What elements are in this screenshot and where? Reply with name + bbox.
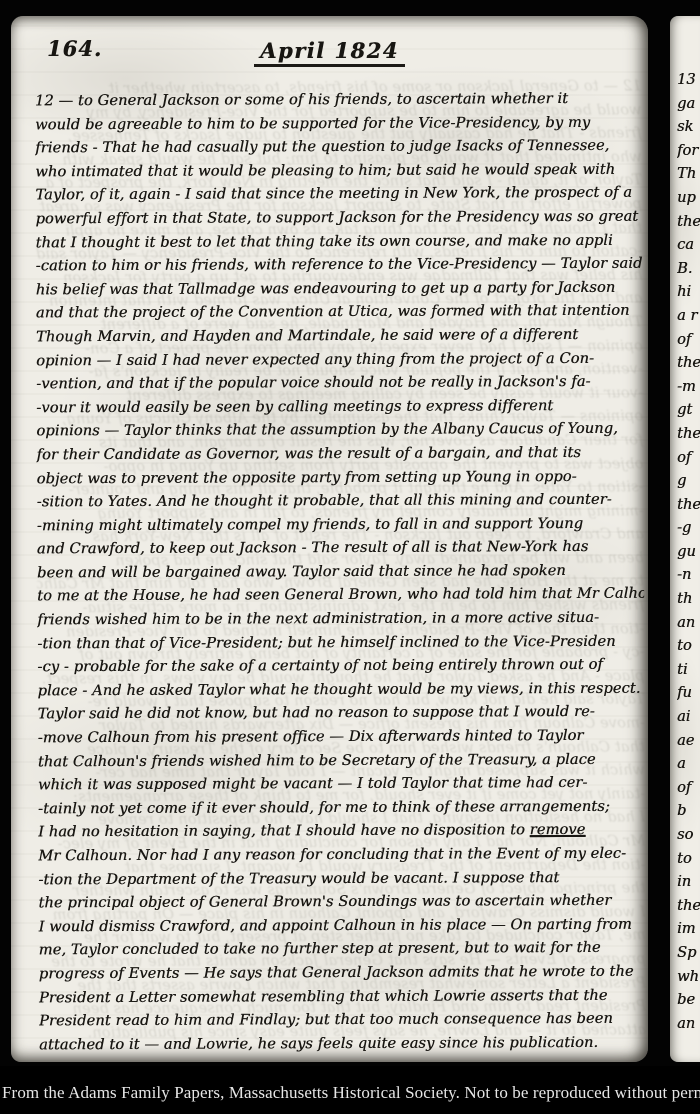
manuscript-line: -move Calhoun from his present office — … <box>38 724 645 750</box>
next-page-fragment: so <box>677 823 700 847</box>
next-page-fragment: of <box>677 446 700 470</box>
manuscript-line: Mr Calhoun. Nor had I any reason for con… <box>38 842 645 868</box>
manuscript-line: for their Candidate as Governor, was the… <box>36 441 643 467</box>
next-page-fragment: B. <box>677 257 700 281</box>
next-page-fragment: Sp <box>677 941 700 965</box>
manuscript-line: would be agreeable to him to be supporte… <box>35 110 642 136</box>
manuscript-line: opinions — Taylor thinks that the assump… <box>36 417 643 443</box>
next-page-fragment: fu <box>677 681 700 705</box>
next-page-fragment: up <box>677 186 700 210</box>
manuscript-line: me, Taylor concluded to take no further … <box>39 936 646 962</box>
next-page-fragment: -m <box>677 375 700 399</box>
next-page-fragment: -g <box>677 516 700 540</box>
next-page-fragment: hi <box>677 280 700 304</box>
credit-footer: From the Adams Family Papers, Massachuse… <box>0 1066 700 1114</box>
next-page-fragment: of <box>677 776 700 800</box>
next-page-fragment: th <box>677 587 700 611</box>
manuscript-line: President read to him and Findlay; but t… <box>39 1007 646 1033</box>
manuscript-line: and Crawford, to keep out Jackson - The … <box>37 535 644 561</box>
manuscript-line: his belief was that Tallmadge was endeav… <box>36 275 643 301</box>
next-page-fragment: the <box>677 894 700 918</box>
manuscript-line: -sition to Yates. And he thought it prob… <box>37 488 644 514</box>
manuscript-line: 12 — to General Jackson or some of his f… <box>35 87 642 113</box>
next-page-fragment: im <box>677 917 700 941</box>
next-page-fragment: an <box>677 611 700 635</box>
next-page-fragment: in <box>677 870 700 894</box>
next-page-edge: 13gaskforThupthecaB.hia rofthe-mgttheofg… <box>670 16 700 1062</box>
manuscript-line: to me at the House, he had seen General … <box>37 582 644 608</box>
manuscript-line: that I thought it best to let that thing… <box>36 228 643 254</box>
manuscript-line: place - And he asked Taylor what he thou… <box>37 677 644 703</box>
next-page-fragment: the <box>677 210 700 234</box>
next-page-fragment: sk <box>677 115 700 139</box>
next-page-fragment: ai <box>677 705 700 729</box>
manuscript-page: 164. April 1824 12 — to General Jackson … <box>11 16 648 1062</box>
underlined-word: remove <box>530 821 586 838</box>
manuscript-line: I would dismiss Crawford, and appoint Ca… <box>38 912 645 938</box>
manuscript-line: and that the project of the Convention a… <box>36 299 643 325</box>
next-page-fragment: of <box>677 328 700 352</box>
next-page-fragment: to <box>677 634 700 658</box>
header-date: April 1824 <box>254 38 405 67</box>
manuscript-line: -mining might ultimately compel my frien… <box>37 511 644 537</box>
next-page-fragment: the <box>677 351 700 375</box>
manuscript-line: been and will be bargained away. Taylor … <box>37 559 644 585</box>
header-date-wrap: April 1824 <box>11 38 648 67</box>
next-page-fragment: ae <box>677 729 700 753</box>
manuscript-line: attached to it — and Lowrie, he says fee… <box>39 1030 646 1056</box>
next-page-fragment: ca <box>677 233 700 257</box>
manuscript-line: Though Marvin, and Hayden and Martindale… <box>36 323 643 349</box>
next-page-fragment: an <box>677 1012 700 1036</box>
next-page-fragment: ga <box>677 92 700 116</box>
manuscript-line: -tainly not yet come if it ever should, … <box>38 794 645 820</box>
manuscript-line: who intimated that it would be pleasing … <box>35 157 642 183</box>
manuscript-line: object was to prevent the opposite party… <box>37 464 644 490</box>
manuscript-line: -tion the Department of the Treasury wou… <box>38 865 645 891</box>
next-page-fragment: gu <box>677 540 700 564</box>
manuscript-line: -cation to him or his friends, with refe… <box>36 252 643 278</box>
manuscript-line: Taylor said he did not know, but had no … <box>38 700 645 726</box>
next-page-fragment: a <box>677 752 700 776</box>
manuscript-lines: 12 — to General Jackson or some of his f… <box>35 87 646 1057</box>
manuscript-line: President a Letter somewhat resembling t… <box>39 983 646 1009</box>
next-page-fragment: -n <box>677 563 700 587</box>
manuscript-line: friends - That he had casually put the q… <box>35 134 642 160</box>
next-page-fragment: to <box>677 847 700 871</box>
next-page-fragment: be <box>677 988 700 1012</box>
manuscript-line: I had no hesitation in saying, that I sh… <box>38 818 645 844</box>
manuscript-scan: 164. April 1824 12 — to General Jackson … <box>0 0 700 1114</box>
next-page-fragment: 13 <box>677 68 700 92</box>
manuscript-line: friends wished him to be in the next adm… <box>37 606 644 632</box>
next-page-fragment: gt <box>677 398 700 422</box>
manuscript-line: the principal object of General Brown's … <box>38 889 645 915</box>
next-page-fragment: Th <box>677 162 700 186</box>
manuscript-line: which it was supposed might be vacant — … <box>38 771 645 797</box>
manuscript-line: progress of Events — He says that Genera… <box>39 960 646 986</box>
manuscript-line: -cy - probable for the sake of a certain… <box>37 653 644 679</box>
next-page-fragment: the <box>677 422 700 446</box>
manuscript-line: -vour it would easily be seen by calling… <box>36 393 643 419</box>
next-page-fragment: wh <box>677 965 700 989</box>
next-page-fragment: b <box>677 799 700 823</box>
next-page-fragment: a r <box>677 304 700 328</box>
next-page-fragment: for <box>677 139 700 163</box>
manuscript-line: Taylor, of it, again - I said that since… <box>35 181 642 207</box>
manuscript-line: -tion than that of Vice-President; but h… <box>37 629 644 655</box>
credit-text: From the Adams Family Papers, Massachuse… <box>2 1083 700 1103</box>
next-page-fragment: ti <box>677 658 700 682</box>
manuscript-line: powerful effort in that State, to suppor… <box>35 205 642 231</box>
manuscript-line: -vention, and that if the popular voice … <box>36 370 643 396</box>
next-page-fragment: the <box>677 493 700 517</box>
next-page-fragment: g <box>677 469 700 493</box>
manuscript-line: that Calhoun's friends wished him to be … <box>38 747 645 773</box>
manuscript-line: opinion — I said I had never expected an… <box>36 346 643 372</box>
